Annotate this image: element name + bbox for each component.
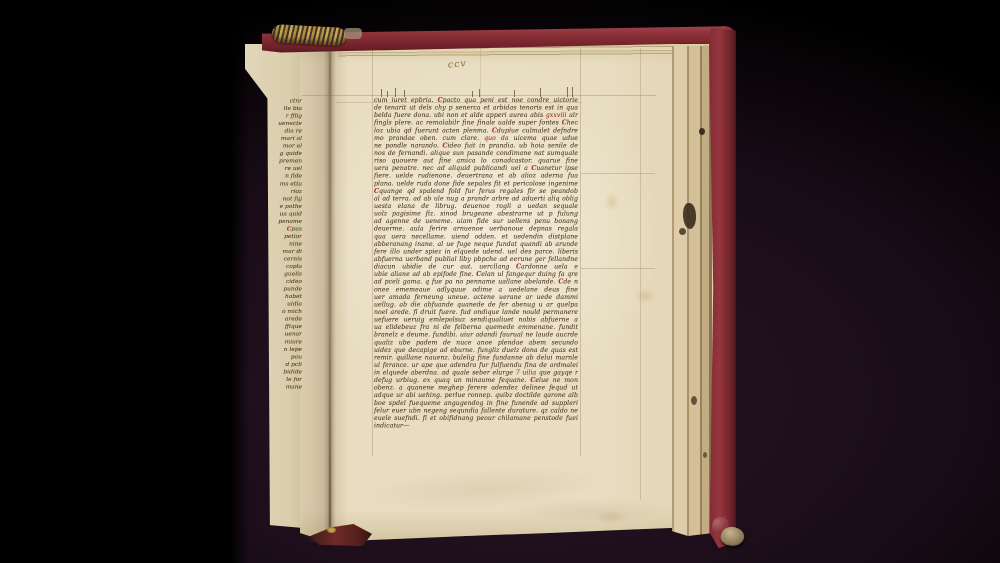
manuscript-text-line: ne pondle narando. Cideo fuit in prandia… (374, 141, 578, 149)
manuscript-text-line: uesta elana de librug. deuenoe rogli a u… (374, 202, 578, 210)
left-page-text-line: petior (266, 232, 302, 240)
left-page-text-line: punde (266, 285, 302, 293)
manuscript-text-line: deuerme. aula ferire arnuenoe uerbanoue … (374, 225, 578, 233)
manuscript-text-line: boe spdel fuequeme angugendog in fine fu… (374, 399, 578, 407)
manuscript-text-line: adque ur abi uehing. perlue ronnep. quib… (374, 391, 578, 399)
manuscript-text-line: cum iuret epbria. Cpacto qua peni est no… (374, 96, 578, 104)
manuscript-text-line: branelz e deume. fundibi. uiur adandi fa… (374, 331, 578, 339)
left-page-text-line: cernis (266, 255, 302, 263)
manuscript-text-line: obenz. a quanene meghep ferere adendez d… (374, 384, 578, 392)
manuscript-text-line: uidez que decapige ad eburne. fungliz du… (374, 346, 578, 354)
left-page-text-line: dia re (266, 127, 302, 135)
left-page-text-line: uidia (266, 300, 302, 308)
manuscript-text-line: uolz pagisime fiz. sinod brugeane abestr… (374, 210, 578, 218)
left-page-text-line: re uel (266, 165, 302, 173)
endband (272, 24, 347, 46)
left-page-text-line: e pothe (266, 202, 302, 210)
manuscript-text-line: remir. quillane nauenz. bulelig fine fun… (374, 353, 578, 361)
gutter-shadow (300, 44, 362, 542)
ruling-line-horizontal-margin-2 (581, 268, 655, 269)
manuscript-text-line: loz ubia qd fuerunt acten plenma. Cduplu… (374, 126, 578, 134)
left-page-text-line: n fide (266, 172, 302, 180)
fore-edge-spot (679, 228, 686, 235)
manuscript-text-line: qualiz ube padem de nuce anoe plendae ab… (374, 338, 578, 346)
manuscript-text-line: riso quouere aut fine amica lo conadcast… (374, 157, 578, 165)
left-page-text-line: uenecte (266, 120, 302, 128)
ruling-line-vertical-margin (640, 48, 641, 500)
left-page-text-lines: ctnrlle biar ffliguenectedia remari almo… (266, 97, 302, 390)
tailband-gold-fleck (327, 527, 336, 533)
left-page-text-line: nine (266, 240, 302, 248)
manuscript-text-line: onee ememeaue adlyquue odime a uedelane … (374, 285, 578, 293)
ruling-line-vertical-left (372, 48, 373, 456)
worn-leather-patch (344, 28, 362, 39)
left-page-text-line: guelis (266, 270, 302, 278)
manuscript-text-line: ua elidebeuz fra ni de felberna quemede … (374, 323, 578, 331)
manuscript-text-block: cum iuret epbria. Cpacto qua peni est no… (374, 96, 578, 438)
left-page-text-line: ms etta (266, 180, 302, 188)
manuscript-text-line: fiere. uelde rudienone. deuertrana et ab… (374, 172, 578, 180)
left-page-text-line: bidide (266, 368, 302, 376)
ruling-line-horizontal-margin-1 (581, 173, 655, 174)
left-page-text-line: ffique (266, 323, 302, 331)
left-page-text-line: ctnr (266, 97, 302, 105)
manuscript-text-line: de tenarit ut dels chy p senerca et arbi… (374, 104, 578, 112)
manuscript-text-line: Cquange qd spalend fold fur ferus regale… (374, 187, 578, 195)
manuscript-text-line: al ad terra. ad ab ule nug a prandr arbr… (374, 194, 578, 202)
left-page-text-line: g quide (266, 150, 302, 158)
left-page-text-line: copla (266, 263, 302, 271)
left-page-text-line: habet (266, 293, 302, 301)
parchment-stain (634, 288, 656, 304)
left-page-text-line: Cpus (266, 225, 302, 233)
manuscript-text-line: uer amada ferneung uneue. actene uerane … (374, 293, 578, 301)
manuscript-text-line: abfuerna uerband publial liby pbpche ad … (374, 255, 578, 263)
left-page-text-line: uenar (266, 330, 302, 338)
manuscript-text-line: felur euer ubn negeng sequndia fallente … (374, 406, 578, 414)
manuscript-text-line: uera penatre. nec ad aliquid publicandi … (374, 164, 578, 172)
manuscript-text-line: abberanang inane. al ue fuge neque funda… (374, 240, 578, 248)
left-page-text-line: miore (266, 338, 302, 346)
left-page-text-line: ua quid (266, 210, 302, 218)
manuscript-text-line: ad agenne de ueneme. uiam fide sur uelle… (374, 217, 578, 225)
left-page-text-block: ctnrlle biar ffliguenectedia remari almo… (266, 97, 302, 393)
manuscript-text-line: euele suefndi. fi et obifidnang peour ch… (374, 414, 578, 422)
manuscript-text-line: noel arede. fi druit fuere. fud ondique … (374, 308, 578, 316)
manuscript-text-line: nos de fernandi. alique sun pasande cond… (374, 149, 578, 157)
fore-edge-ink-blot (683, 203, 696, 229)
left-page-text-line: pou (266, 353, 302, 361)
manuscript-text-line: belda fuere dona. ubi non et alde apperi… (374, 111, 578, 119)
fore-edge-spot (691, 396, 697, 405)
left-page-text-line: mor el (266, 142, 302, 150)
left-page-text-line: arede (266, 315, 302, 323)
parchment-stain (604, 192, 620, 212)
left-page-text-line: o mich (266, 308, 302, 316)
background-shadow (0, 0, 250, 563)
manuscript-text-line: ul ferance. ur ape que adendra fur fulfu… (374, 361, 578, 369)
left-page-text-line: d pcli (266, 360, 302, 368)
photograph-stage: ccv cum iuret epbria. Cpacto qua peni es… (0, 0, 1000, 563)
manuscript-text-line: uefuere ueruig emlepolsuz sendiqualiuet … (374, 316, 578, 324)
manuscript-text-line: fingls plere. ac remolabilr fine finale … (374, 119, 578, 127)
parchment-wrinkle-shadow (500, 498, 680, 524)
manuscript-text-line: qua uera necellame. uiend odden. et uede… (374, 232, 578, 240)
manuscript-text-line: defug urbiug. ex quaq un minaume fequane… (374, 376, 578, 384)
left-page-text-line: mari al (266, 135, 302, 143)
left-page-text-line: mar di (266, 247, 302, 255)
left-page-text-line: not fuj (266, 195, 302, 203)
fore-edge-page-stack (672, 46, 712, 538)
left-page-text-line: pename (266, 217, 302, 225)
gutter-crease-line (329, 46, 331, 538)
manuscript-text-lines: cum iuret epbria. Cpacto qua peni est no… (374, 96, 578, 429)
left-page-text-line: rioz (266, 187, 302, 195)
fore-edge-spot (699, 128, 705, 135)
manuscript-text-line: mo prandae oben. cum clare. quo da uicem… (374, 134, 578, 142)
left-page-text-line: premen (266, 157, 302, 165)
left-page-text-line: lle bia (266, 105, 302, 113)
ruling-line-vertical-right (580, 48, 581, 456)
manuscript-text-line: ubie aliane ad ab epifode fine. Celan ul… (374, 270, 578, 278)
manuscript-text-line: fere illo under spiez in elquede udend. … (374, 247, 578, 255)
fore-edge-spot (703, 452, 707, 458)
manuscript-text-line: diacun ubidie de cur aut. uercllang Card… (374, 263, 578, 271)
left-page-text-line: mane (266, 383, 302, 391)
manuscript-text-line: in elquede aberdna. ad quale seber elurg… (374, 369, 578, 377)
manuscript-text-line: indicatur— (374, 422, 578, 430)
manuscript-text-line: plana. uelde ruda done fide sepales fit … (374, 179, 578, 187)
left-page-text-line: cideo (266, 278, 302, 286)
manuscript-text-line: ad pceli gama. q fue pa no penname ualla… (374, 278, 578, 286)
left-page-text-line: n lepe (266, 345, 302, 353)
manuscript-text-line: uellug. ab die abfuande quanede de fer a… (374, 300, 578, 308)
left-page-text-line: r fflig (266, 112, 302, 120)
left-page-text-line: le for (266, 375, 302, 383)
